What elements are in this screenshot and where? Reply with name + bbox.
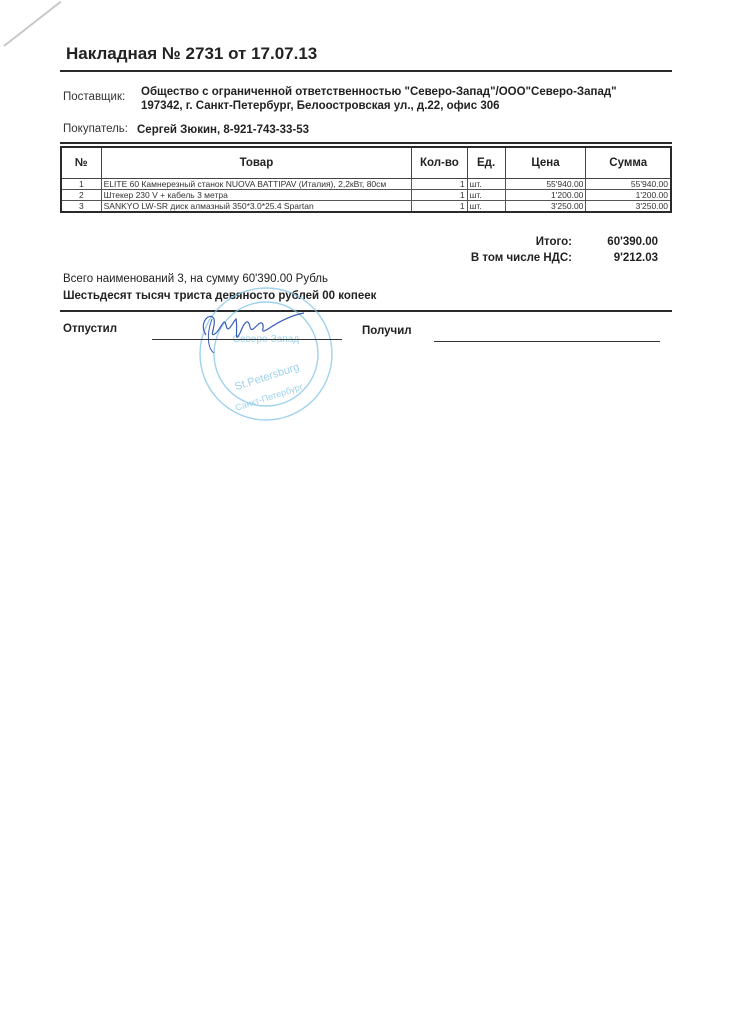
total-value: 60'390.00	[590, 236, 658, 252]
document-title: Накладная № 2731 от 17.07.13	[66, 44, 317, 64]
table-row: 1ELITE 60 Камнерезный станок NUOVA BATTI…	[61, 179, 671, 190]
supplier-label: Поставщик:	[63, 91, 125, 103]
row-unit: шт.	[467, 201, 505, 213]
released-by-label: Отпустил	[63, 323, 117, 335]
buyer-value: Сергей Зюкин, 8-921-743-33-53	[137, 123, 309, 137]
supplier-line-2: 197342, г. Санкт-Петербург, Белоостровск…	[141, 99, 617, 113]
table-header-row: № Товар Кол-во Ед. Цена Сумма	[61, 147, 671, 179]
row-goods: SANKYO LW-SR диск алмазный 350*3.0*25.4 …	[101, 201, 412, 213]
summary-divider	[60, 310, 672, 312]
items-table: № Товар Кол-во Ед. Цена Сумма 1ELITE 60 …	[60, 146, 672, 213]
row-sum: 55'940.00	[586, 179, 671, 190]
received-by-label: Получил	[362, 325, 412, 337]
row-num: 1	[61, 179, 101, 190]
buyer-label: Покупатель:	[63, 123, 128, 135]
buyer-divider	[60, 142, 672, 144]
title-divider	[60, 70, 672, 72]
row-unit: шт.	[467, 190, 505, 201]
header-qty: Кол-во	[412, 147, 467, 179]
header-num: №	[61, 147, 101, 179]
header-price: Цена	[505, 147, 586, 179]
signature-icon	[188, 305, 308, 355]
vat-label: В том числе НДС:	[471, 252, 572, 268]
row-num: 2	[61, 190, 101, 201]
received-by-signature-line[interactable]	[434, 341, 660, 342]
total-label: Итого:	[536, 236, 572, 252]
totals-block: Итого: 60'390.00 В том числе НДС: 9'212.…	[471, 236, 658, 268]
row-sum: 3'250.00	[586, 201, 671, 213]
row-price: 55'940.00	[505, 179, 586, 190]
row-goods: Штекер 230 V + кабель 3 метра	[101, 190, 412, 201]
header-sum: Сумма	[586, 147, 671, 179]
row-qty: 1	[412, 201, 467, 213]
scan-artifact-line	[3, 1, 61, 47]
header-unit: Ед.	[467, 147, 505, 179]
row-qty: 1	[412, 190, 467, 201]
row-sum: 1'200.00	[586, 190, 671, 201]
row-qty: 1	[412, 179, 467, 190]
released-by-signature-line[interactable]	[152, 339, 342, 340]
supplier-name: Общество с ограниченной ответственностью…	[141, 85, 617, 113]
row-price: 3'250.00	[505, 201, 586, 213]
table-row: 3SANKYO LW-SR диск алмазный 350*3.0*25.4…	[61, 201, 671, 213]
row-goods: ELITE 60 Камнерезный станок NUOVA BATTIP…	[101, 179, 412, 190]
supplier-line-1: Общество с ограниченной ответственностью…	[141, 85, 617, 99]
row-unit: шт.	[467, 179, 505, 190]
row-num: 3	[61, 201, 101, 213]
vat-value: 9'212.03	[590, 252, 658, 268]
table-row: 2Штекер 230 V + кабель 3 метра1шт.1'200.…	[61, 190, 671, 201]
row-price: 1'200.00	[505, 190, 586, 201]
header-goods: Товар	[101, 147, 412, 179]
